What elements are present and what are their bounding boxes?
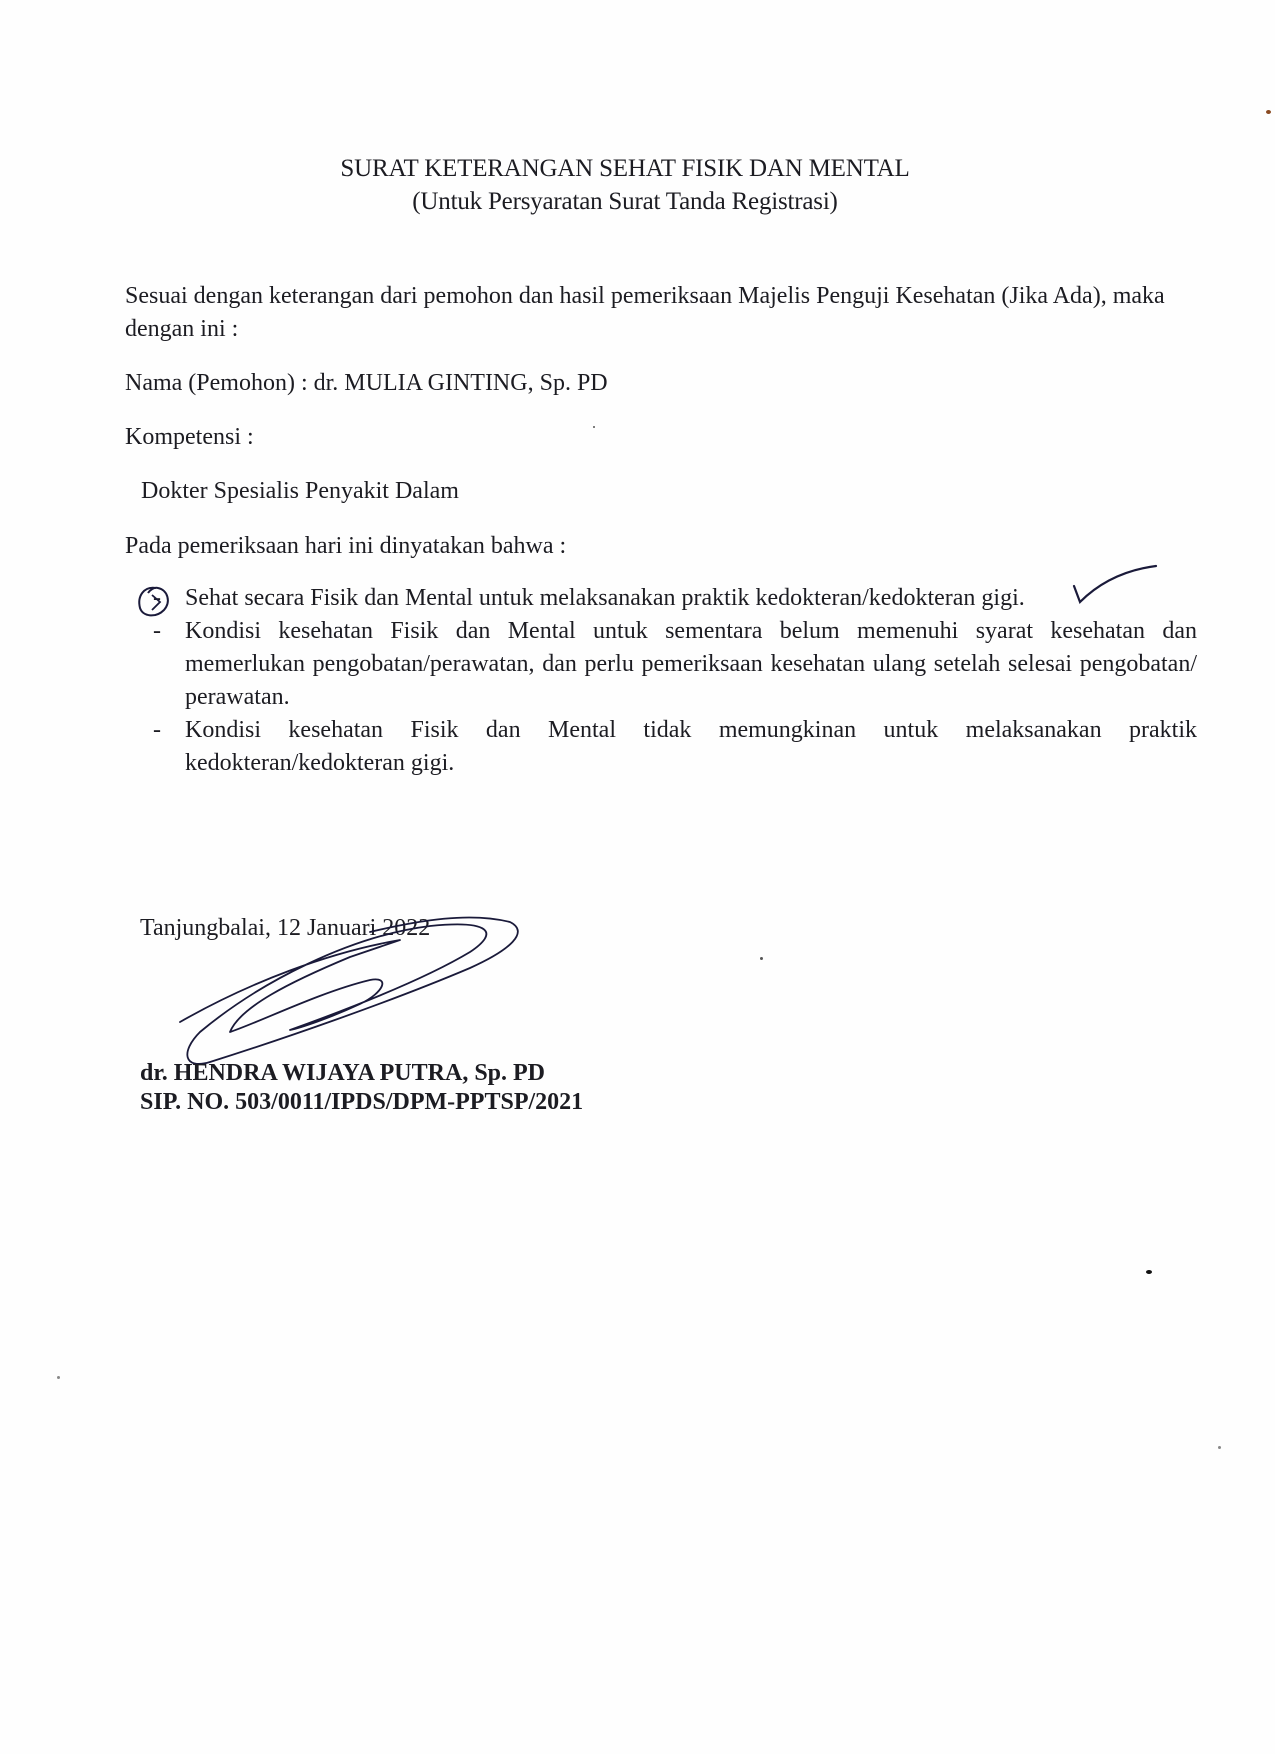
option-bullet: - <box>153 714 161 747</box>
scan-speck <box>760 957 763 960</box>
document-header: SURAT KETERANGAN SEHAT FISIK DAN MENTAL … <box>0 152 1250 218</box>
option-bullet: - <box>153 615 161 648</box>
option-bullet: - <box>153 582 161 615</box>
applicant-name-value: dr. MULIA GINTING, Sp. PD <box>314 370 608 396</box>
competence-value: Dokter Spesialis Penyakit Dalam <box>141 475 1213 508</box>
applicant-name-field: Nama (Pemohon) : dr. MULIA GINTING, Sp. … <box>125 367 1197 400</box>
intro-paragraph: Sesuai dengan keterangan dari pemohon da… <box>125 280 1197 346</box>
document-page: SURAT KETERANGAN SEHAT FISIK DAN MENTAL … <box>0 0 1275 1754</box>
place-and-date: Tanjungbalai, 12 Januari 2022 <box>140 912 430 945</box>
applicant-name-label: Nama (Pemohon) : <box>125 370 308 396</box>
statement-paragraph: Pada pemeriksaan hari ini dinyatakan bah… <box>125 530 1197 563</box>
scan-speck <box>57 1376 60 1379</box>
option-text: Kondisi kesehatan Fisik dan Mental untuk… <box>185 618 1197 710</box>
scan-speck <box>593 426 595 428</box>
scan-speck <box>1218 1446 1221 1449</box>
document-subtitle: (Untuk Persyaratan Surat Tanda Registras… <box>0 185 1250 218</box>
sip-number: SIP. NO. 503/0011/IPDS/DPM-PPTSP/2021 <box>140 1087 583 1117</box>
signer-name: dr. HENDRA WIJAYA PUTRA, Sp. PD <box>140 1058 545 1088</box>
option-unfit: - Kondisi kesehatan Fisik dan Mental tid… <box>145 714 1197 780</box>
option-text: Sehat secara Fisik dan Mental untuk mela… <box>185 585 1025 611</box>
scan-speck <box>1266 110 1271 114</box>
option-temporarily-unfit: - Kondisi kesehatan Fisik dan Mental unt… <box>145 615 1197 714</box>
competence-label: Kompetensi : <box>125 421 1197 454</box>
document-title: SURAT KETERANGAN SEHAT FISIK DAN MENTAL <box>0 152 1250 185</box>
option-text: Kondisi kesehatan Fisik dan Mental tidak… <box>185 717 1197 776</box>
scan-speck <box>1146 1270 1152 1274</box>
option-healthy: - Sehat secara Fisik dan Mental untuk me… <box>145 582 1197 615</box>
health-status-options: - Sehat secara Fisik dan Mental untuk me… <box>145 582 1197 780</box>
signature-block: Tanjungbalai, 12 Januari 2022 dr. HENDRA… <box>140 912 740 1132</box>
